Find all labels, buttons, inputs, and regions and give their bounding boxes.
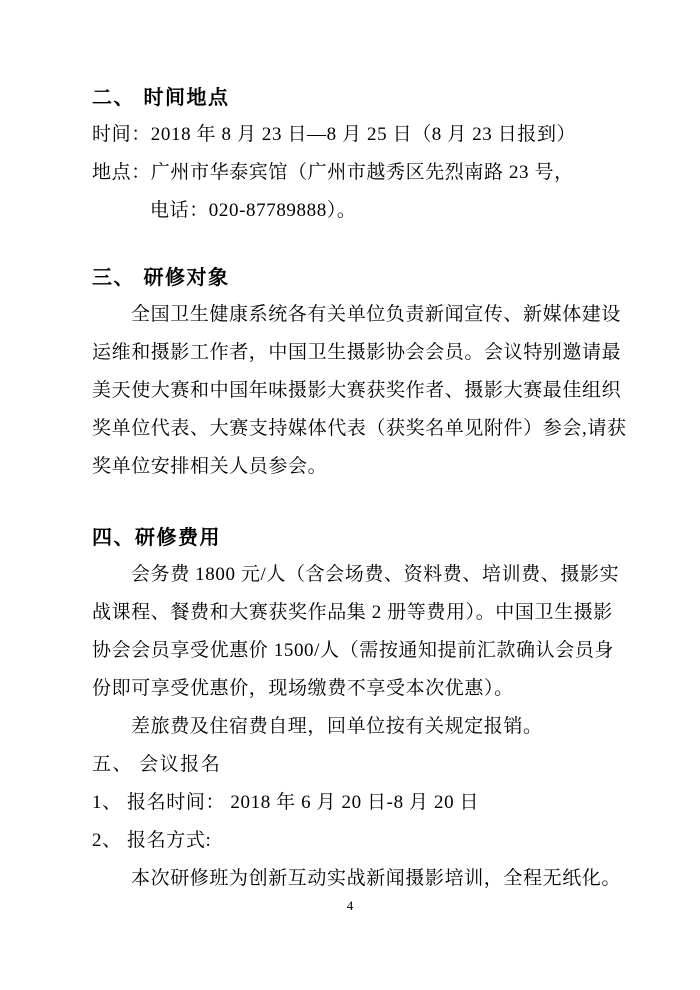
text-line: 协会会员享受优惠价 1500/人（需按通知提前汇款确认会员身 [92,632,614,670]
text-line: 全国卫生健康系统各有关单位负责新闻宣传、新媒体建设 [92,296,614,334]
document-page: 二、 时间地点 时间：2018 年 8 月 23 日—8 月 25 日（8 月 … [0,0,700,990]
page-number: 4 [0,898,700,914]
section-time-location: 二、 时间地点 时间：2018 年 8 月 23 日—8 月 25 日（8 月 … [92,78,614,230]
section-attendees: 三、 研修对象 全国卫生健康系统各有关单位负责新闻宣传、新媒体建设 运维和摄影工… [92,258,614,486]
text-line: 会务费 1800 元/人（含会场费、资料费、培训费、摄影实 [92,556,614,594]
section-fees: 四、研修费用 会务费 1800 元/人（含会场费、资料费、培训费、摄影实 战课程… [92,518,614,746]
text-line-travel-expenses: 差旅费及住宿费自理，回单位按有关规定报销。 [92,708,614,746]
text-line: 美天使大赛和中国年味摄影大赛获奖作者、摄影大赛最佳组织 [92,372,614,410]
text-line-meeting-location: 地点：广州市华泰宾馆（广州市越秀区先烈南路 23 号， [92,154,614,192]
text-line-paperless-note: 本次研修班为创新互动实战新闻摄影培训，全程无纸化。 [92,860,614,898]
text-line: 份即可享受优惠价，现场缴费不享受本次优惠）。 [92,670,614,708]
section-heading-attendees: 三、 研修对象 [92,258,614,296]
section-heading-time-location: 二、 时间地点 [92,78,614,116]
text-line: 战课程、餐费和大赛获奖作品集 2 册等费用）。中国卫生摄影 [92,594,614,632]
text-line: 奖单位代表、大赛支持媒体代表（获奖名单见附件）参会,请获 [92,410,614,448]
section-heading-registration: 五、 会议报名 [92,746,614,784]
text-line: 运维和摄影工作者，中国卫生摄影协会会员。会议特别邀请最 [92,334,614,372]
section-heading-fees: 四、研修费用 [92,518,614,556]
section-registration: 五、 会议报名 1、 报名时间： 2018 年 6 月 20 日-8 月 20 … [92,746,614,898]
text-line-registration-time: 1、 报名时间： 2018 年 6 月 20 日-8 月 20 日 [92,784,614,822]
text-line-registration-method: 2、 报名方式: [92,822,614,860]
document-content: 二、 时间地点 时间：2018 年 8 月 23 日—8 月 25 日（8 月 … [92,78,614,898]
text-line-phone: 电话：020-87789888）。 [92,192,614,230]
text-line-meeting-time: 时间：2018 年 8 月 23 日—8 月 25 日（8 月 23 日报到） [92,116,614,154]
text-line: 奖单位安排相关人员参会。 [92,448,614,486]
